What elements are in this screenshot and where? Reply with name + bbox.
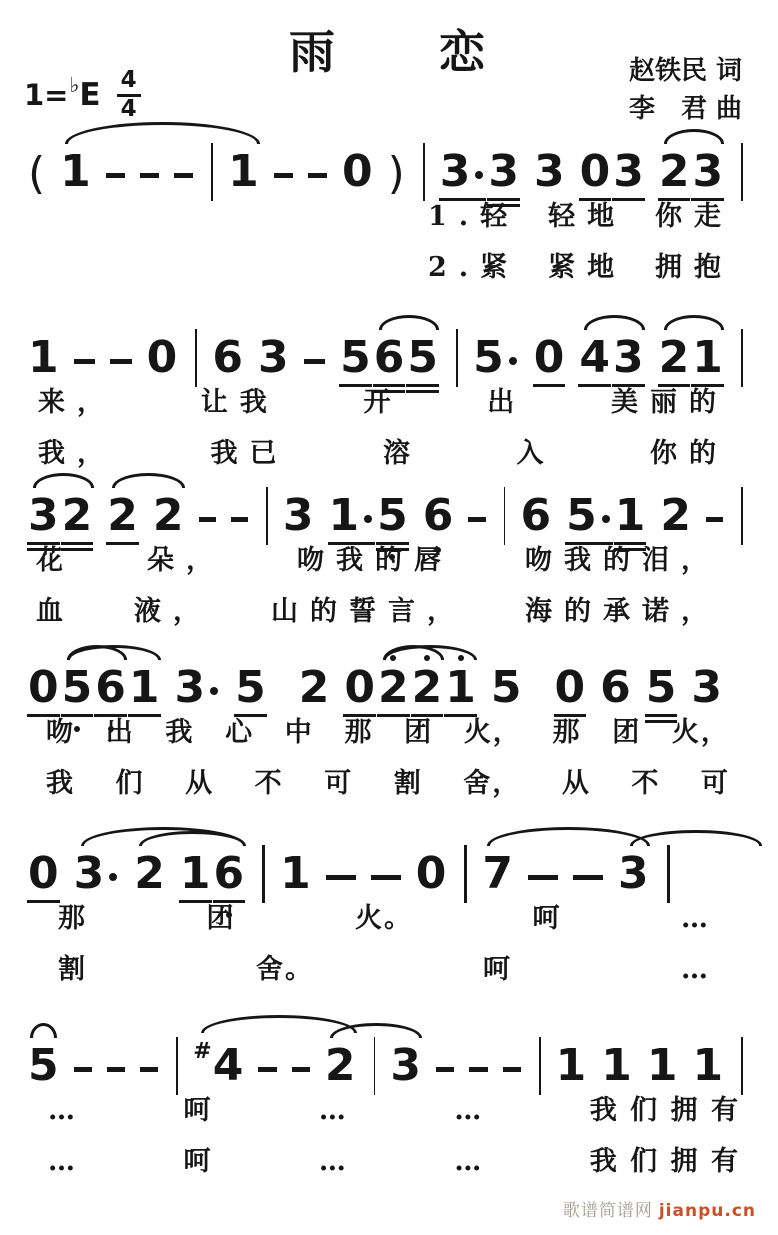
lyric-syllable: 们 <box>116 761 145 800</box>
note: 1 <box>615 494 646 538</box>
lyric-syllable: … <box>681 903 710 934</box>
note: 3 <box>618 852 649 896</box>
beam-underline <box>411 714 444 717</box>
barline <box>741 143 743 201</box>
notes-row: (110)3330323 <box>28 104 758 194</box>
duration-dash <box>292 1067 310 1072</box>
beam-underline <box>106 542 139 545</box>
note: 2 <box>62 494 93 538</box>
lyric-line-verse1: …呵……我 们 拥 有 <box>48 1088 740 1127</box>
lyric-syllable: 呵 <box>183 1139 212 1178</box>
low-octave-dot <box>435 547 441 553</box>
lyric-syllable: 来， <box>38 380 116 419</box>
slur-arc <box>30 1023 57 1038</box>
note: 3 <box>440 150 486 194</box>
footer-site-name: 歌谱简谱网 <box>563 1201 653 1221</box>
lyric-syllable: 割 <box>58 947 87 986</box>
footer-site-url: jianpu.cn <box>659 1201 756 1221</box>
note: 3 <box>74 852 120 896</box>
beam-underline <box>645 720 678 723</box>
rest-note: 0 <box>342 150 373 194</box>
lyric-syllable: 2.紧 <box>428 245 519 284</box>
note: 2 <box>660 494 691 538</box>
note: 5 <box>377 494 408 538</box>
duration-dot <box>210 687 218 695</box>
beam-underline <box>213 900 246 903</box>
note: 3 <box>175 666 221 710</box>
duration-dash <box>74 359 95 364</box>
beam-underline <box>578 384 611 387</box>
phrase-paren: ( <box>28 150 45 194</box>
duration-dot <box>109 873 117 881</box>
note: 5 <box>235 666 266 710</box>
note: 2 <box>153 494 184 538</box>
beam-underline <box>339 384 372 387</box>
note: 5 <box>491 666 522 710</box>
note: 1 <box>692 336 723 380</box>
note: 3 <box>692 150 723 194</box>
duration-dash <box>174 173 193 178</box>
beam-underline <box>27 714 60 717</box>
music-system-4: 0561352022150653 吻出我心中那团火，那团火， 我们从不可割舍，从… <box>28 620 758 800</box>
beam-underline <box>565 542 613 545</box>
barline <box>374 1037 376 1095</box>
lyric-syllable: 不 <box>255 761 284 800</box>
lyric-syllable: … <box>681 954 710 985</box>
note: 7 <box>482 852 513 896</box>
duration-dash <box>106 173 125 178</box>
note: 6 <box>212 336 243 380</box>
note: 3 <box>258 336 289 380</box>
lyric-syllable: 呵 <box>183 1088 212 1127</box>
notes-row: 5#4231111 <box>28 998 758 1088</box>
duration-dot <box>602 515 610 523</box>
beam-underline <box>614 542 647 545</box>
music-system-6: 5#4231111 …呵……我 们 拥 有 …呵……我 们 拥 有 <box>28 998 758 1178</box>
slur-arc <box>65 122 261 144</box>
duration-dash <box>326 875 356 880</box>
slur-arc <box>487 827 651 846</box>
barline <box>423 143 425 201</box>
slur-arc <box>379 315 440 330</box>
notes-row: 1063565504321 <box>28 290 758 380</box>
note: 3 <box>691 666 722 710</box>
note: 6 <box>374 336 405 380</box>
notes-row: 0561352022150653 <box>28 620 758 710</box>
lyric-syllable: … <box>454 1095 483 1126</box>
beam-underline <box>61 548 94 551</box>
lyric-syllable: … <box>48 1146 77 1177</box>
barline <box>741 1037 743 1095</box>
note: 3 <box>613 150 644 194</box>
note: 5 <box>407 336 438 380</box>
lyric-line-verse1: 那团火。呵… <box>58 896 710 935</box>
note: 1 <box>647 1044 678 1088</box>
lyric-syllable: 舍。 <box>256 947 314 986</box>
note: 3 <box>28 494 59 538</box>
note: 1 <box>601 1044 632 1088</box>
note: 2 <box>659 150 690 194</box>
note: 5 <box>62 666 93 710</box>
note: 5 <box>566 494 612 538</box>
beam-underline <box>444 714 477 717</box>
beam-underline <box>579 198 612 201</box>
lyric-syllable: 可 <box>324 761 353 800</box>
note: 1 <box>228 150 259 194</box>
duration-dash <box>304 359 325 364</box>
duration-dash <box>110 359 131 364</box>
note: 1 <box>329 494 375 538</box>
lyric-syllable: 朵， <box>147 538 225 577</box>
note: 6 <box>423 494 454 538</box>
note: 5 <box>473 336 519 380</box>
duration-dot <box>364 515 372 523</box>
duration-dash <box>308 173 327 178</box>
beam-underline <box>234 714 267 717</box>
lyric-syllable: 火。 <box>355 896 413 935</box>
slur-arc <box>664 129 725 144</box>
lyric-syllable: 我 <box>165 710 194 749</box>
note: 6 <box>214 852 245 896</box>
low-octave-dot <box>226 912 232 918</box>
lyric-syllable: 割 <box>394 761 423 800</box>
music-system-2: 1063565504321 来，让我开出美丽的 我，我已溶入你的 <box>28 290 758 470</box>
lyric-line-verse2: 我们从不可割舍，从不可 <box>46 761 730 800</box>
barline <box>262 845 265 903</box>
duration-dash <box>371 875 401 880</box>
slur-arc <box>664 315 725 330</box>
lyric-syllable: 舍， <box>463 761 521 800</box>
barline <box>176 1037 178 1095</box>
beam-underline <box>612 198 645 201</box>
lyric-line-verse2: …呵……我 们 拥 有 <box>48 1139 740 1178</box>
rest-note: 0 <box>580 150 611 194</box>
note: 1 <box>693 1044 724 1088</box>
note: 3 <box>613 336 644 380</box>
beam-underline <box>533 384 566 387</box>
flat-icon: ♭ <box>69 73 79 97</box>
beam-underline <box>645 714 678 717</box>
lyric-line-verse2: 2.紧紧地拥抱 <box>428 245 733 284</box>
watermark: 歌谱简谱网jianpu.cn <box>563 1196 756 1221</box>
note: 5 <box>646 666 677 710</box>
beam-underline <box>554 714 587 717</box>
barline <box>504 487 506 545</box>
duration-dash <box>573 875 603 880</box>
barline <box>211 143 213 201</box>
lyric-syllable: … <box>48 1095 77 1126</box>
beam-underline <box>614 548 647 551</box>
barline <box>456 329 458 387</box>
beam-underline <box>439 198 487 201</box>
lyric-syllable: 紧地 <box>548 245 626 284</box>
duration-dash <box>528 875 558 880</box>
barline <box>195 329 197 387</box>
sharp-icon: # <box>193 1039 211 1064</box>
duration-dot <box>475 171 483 179</box>
lyric-syllable: 从 <box>185 761 214 800</box>
beam-underline <box>328 542 376 545</box>
note: 2 <box>412 666 443 710</box>
beam-underline <box>487 198 520 201</box>
note: 3 <box>283 494 314 538</box>
note: 1 <box>556 1044 587 1088</box>
note: 2 <box>299 666 330 710</box>
notes-row: 032161073 <box>28 806 758 896</box>
beam-underline <box>27 900 60 903</box>
note: 3 <box>534 150 565 194</box>
note: 2 <box>134 852 165 896</box>
rest-note: 0 <box>28 666 59 710</box>
barline <box>539 1037 541 1095</box>
note: 1 <box>60 150 91 194</box>
note: 2 <box>107 494 138 538</box>
slur-arc <box>584 315 646 330</box>
note: 5 <box>340 336 371 380</box>
rest-note: 0 <box>147 336 178 380</box>
note: 2 <box>325 1044 356 1088</box>
lyric-line-verse2: 割舍。呵… <box>58 947 710 986</box>
duration-dash <box>74 1067 92 1072</box>
lyric-syllable: 可 <box>701 761 730 800</box>
lyric-syllable: 我 <box>46 761 75 800</box>
lyric-syllable: 让我 <box>201 380 279 419</box>
beam-underline <box>376 548 409 551</box>
note: #4 <box>193 1039 243 1088</box>
lyric-syllable: 呵 <box>483 947 512 986</box>
beam-underline <box>128 714 161 717</box>
beam-underline <box>691 384 724 387</box>
note: 6 <box>520 494 551 538</box>
duration-dash <box>469 1067 487 1072</box>
rest-note: 0 <box>555 666 586 710</box>
lyric-syllable: … <box>319 1146 348 1177</box>
duration-dash <box>258 1067 276 1072</box>
duration-dash <box>274 173 293 178</box>
rest-note: 0 <box>28 852 59 896</box>
beam-underline <box>487 204 520 207</box>
note: 1 <box>445 666 476 710</box>
beam-underline <box>658 198 691 201</box>
note: 1 <box>280 852 311 896</box>
low-octave-dot <box>74 726 80 732</box>
barline <box>266 487 268 545</box>
beam-underline <box>612 384 645 387</box>
beam-underline <box>691 198 724 201</box>
duration-dot <box>509 357 517 365</box>
note: 1 <box>180 852 211 896</box>
note: 3 <box>390 1044 421 1088</box>
beam-underline <box>376 542 409 545</box>
phrase-paren: ) <box>388 150 405 194</box>
lyric-syllable: 从 <box>562 761 591 800</box>
beam-underline <box>373 390 406 393</box>
music-system-1: (110)3330323 1.轻轻地你走 2.紧紧地拥抱 <box>28 104 758 284</box>
lyric-syllable: … <box>454 1146 483 1177</box>
lyric-syllable: 那 <box>58 896 87 935</box>
beam-underline <box>27 548 60 551</box>
duration-dash <box>436 1067 454 1072</box>
duration-dash <box>468 517 485 522</box>
lyric-syllable: 不 <box>631 761 660 800</box>
beam-underline <box>373 384 406 387</box>
lyric-syllable: 火， <box>672 710 730 749</box>
note: 4 <box>579 336 610 380</box>
lyric-syllable: 团 <box>612 710 641 749</box>
duration-dash <box>231 517 248 522</box>
lyric-syllable: 我 们 拥 有 <box>590 1139 740 1178</box>
lyric-syllable: 呵 <box>533 896 562 935</box>
beam-underline <box>179 900 212 903</box>
duration-dash <box>140 1067 158 1072</box>
duration-dash <box>107 1067 125 1072</box>
note: 2 <box>659 336 690 380</box>
note: 5 <box>28 1044 59 1088</box>
note: 2 <box>378 666 409 710</box>
note: 3 <box>488 150 519 194</box>
beam-underline <box>61 714 94 717</box>
lyric-syllable: 出 <box>487 380 526 419</box>
barline <box>464 845 467 903</box>
duration-dash <box>503 1067 521 1072</box>
lyric-syllable: … <box>319 1095 348 1126</box>
beam-underline <box>406 384 439 387</box>
beam-underline <box>658 384 691 387</box>
slur-arc <box>630 830 762 846</box>
duration-dash <box>199 517 216 522</box>
note: 6 <box>95 666 126 710</box>
beam-underline <box>94 714 127 717</box>
sheet-music-page: 雨 恋 1=♭E 4 4 赵铁民 词 李 君 曲 (110)3330323 1.… <box>0 0 778 1235</box>
barline <box>741 329 743 387</box>
barline <box>741 487 743 545</box>
time-signature-numerator: 4 <box>117 68 141 97</box>
duration-dash <box>140 173 159 178</box>
music-system-3: 322231566512 花朵，吻我的唇吻我的泪， 血液，山的誓言，海的承诺， <box>28 448 758 628</box>
rest-note: 0 <box>416 852 447 896</box>
duration-dash <box>706 517 723 522</box>
lyric-syllable: 中 <box>285 710 314 749</box>
note: 1 <box>129 666 160 710</box>
lyric-syllable: 我 们 拥 有 <box>590 1088 740 1127</box>
rest-note: 0 <box>344 666 375 710</box>
low-octave-dot <box>389 554 395 560</box>
notes-row: 322231566512 <box>28 448 758 538</box>
beam-underline <box>406 390 439 393</box>
beam-underline <box>61 542 94 545</box>
lyric-syllable: 拥抱 <box>655 245 733 284</box>
barline <box>667 845 670 903</box>
slur-arc <box>112 473 186 488</box>
beam-underline <box>343 714 376 717</box>
lyricist-credit: 赵铁民 词 <box>629 52 742 90</box>
beam-underline <box>27 542 60 545</box>
rest-note: 0 <box>534 336 565 380</box>
music-system-5: 032161073 那团火。呵… 割舍。呵… <box>28 806 758 986</box>
beam-underline <box>377 714 410 717</box>
note: 1 <box>28 336 59 380</box>
note: 6 <box>600 666 631 710</box>
low-octave-dot <box>108 726 114 732</box>
slur-arc <box>33 473 95 488</box>
